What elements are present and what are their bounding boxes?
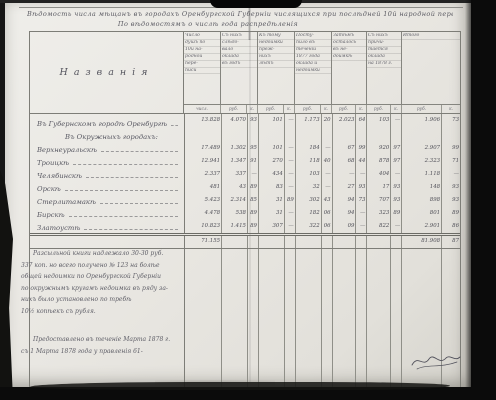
value-cell: 2.901 [402, 220, 442, 233]
value-cell [185, 129, 222, 142]
value-cell: 1.302 [222, 142, 248, 155]
row-label-cell: Въ Окружныхъ городахъ: [30, 129, 185, 142]
value-cell: 307 [259, 220, 285, 233]
total-value-cell [248, 236, 259, 248]
value-cell: 99 [356, 142, 367, 155]
value-cell: 93 [442, 194, 460, 207]
value-cell: 97 [391, 155, 402, 168]
note-line: по окружнымъ кругамъ недоимка въ ряду за… [21, 283, 175, 295]
column-header-line: пило въ [295, 40, 331, 47]
empty-cell [333, 249, 357, 388]
value-cell: 2.023 [333, 114, 357, 129]
column-header-line: въ годъ [221, 61, 257, 68]
row-label: Верхнеуральскѣ [37, 146, 97, 154]
empty-cell [322, 249, 333, 388]
column-header-line: Затѣмъ [332, 33, 366, 40]
value-cell: 93 [391, 194, 402, 207]
column-header-line: лѣтъ [258, 61, 294, 68]
note-line: Разсыльной книги надлежало 30-30 руб. [21, 248, 175, 260]
column-header: Затѣмъосталосьвъ не-доимкѣ [332, 32, 367, 104]
value-cell [333, 129, 357, 142]
column-header-line: доимкѣ [332, 54, 366, 61]
total-value-cell: 81.908 [402, 236, 442, 248]
table-row: Бирскѣ4.4785388931—1820694—3238980189 [30, 207, 460, 220]
value-cell: — [322, 168, 333, 181]
column-header: Съ нихъпричи-таетсяокладана 1878 г. [367, 32, 402, 104]
value-cell: 2.907 [402, 142, 442, 155]
empty-cell [296, 249, 322, 388]
value-cell: 1.118 [402, 168, 442, 181]
value-cell: 4.070 [222, 114, 248, 129]
column-header-line: преж- [258, 47, 294, 54]
value-cell [259, 129, 285, 142]
value-cell: — [285, 142, 296, 155]
footer-note-line: съ 1 Марта 1878 года у правленія 61- [21, 346, 175, 358]
column-header-line: оклада и [295, 61, 331, 68]
unit-label: к. [321, 105, 332, 113]
names-header-label: Названія [60, 67, 154, 78]
value-cell: 101 [259, 142, 285, 155]
value-cell: 06 [322, 220, 333, 233]
unit-label: к. [391, 105, 402, 113]
column-header: Числодушъ по10й на-роднойпере-писи [184, 32, 221, 104]
value-cell: 434 [259, 168, 285, 181]
total-value-cell [391, 236, 402, 248]
table-row: Златоустѣ10.8231.41589307—3220609—822—2.… [30, 220, 460, 233]
value-cell: 17.489 [185, 142, 222, 155]
row-label-cell: Въ Губернскомъ городѣ Оренбургѣ [30, 114, 185, 129]
unit-label: руб. [367, 105, 391, 113]
value-cell: — [391, 168, 402, 181]
row-label-cell: Орскѣ [30, 181, 185, 194]
names-column-header: Названія [30, 32, 184, 113]
row-label: Стерлитамакѣ [37, 198, 96, 206]
column-header-line: Число [184, 33, 220, 40]
column-header-line: писи [184, 68, 220, 75]
row-label-cell: Троицкѣ [30, 155, 185, 168]
value-cell: 68 [333, 155, 357, 168]
unit-label: руб. [402, 105, 442, 113]
note-line: 10½ копѣекъ съ рубля. [21, 306, 175, 318]
footer-note-line: Предоставлено въ теченіе Марта 1878 г. [21, 334, 175, 346]
value-cell: 20 [322, 114, 333, 129]
column-header: Къ томунедоимкипреж-нихълѣтъ [258, 32, 295, 104]
empty-cell [391, 249, 402, 388]
scan-edge-right [471, 0, 496, 400]
value-cell: 182 [296, 207, 322, 220]
value-cell: 2.323 [402, 155, 442, 168]
value-cell: — [285, 181, 296, 194]
value-cell: 95 [248, 142, 259, 155]
value-cell [222, 129, 248, 142]
table-row: Челябинскѣ2.337337—434—103———404—1.118— [30, 168, 460, 181]
value-cell: 94 [333, 194, 357, 207]
binding-notch [210, 0, 302, 8]
value-cell: 89 [248, 220, 259, 233]
value-cell [356, 129, 367, 142]
total-value-cell: 71.155 [185, 236, 222, 248]
value-cell: 302 [296, 194, 322, 207]
value-cell: 67 [333, 142, 357, 155]
value-cell [285, 129, 296, 142]
value-cell [322, 129, 333, 142]
value-cell: 93 [442, 181, 460, 194]
value-cell: 1.415 [222, 220, 248, 233]
value-cell: 40 [322, 155, 333, 168]
column-header-line: 10й на- [184, 47, 220, 54]
value-cell: 97 [391, 142, 402, 155]
value-cell: 27 [333, 181, 357, 194]
unit-label: к. [284, 105, 295, 113]
value-cell: — [356, 220, 367, 233]
value-cell: — [285, 207, 296, 220]
dash-leader [101, 151, 178, 152]
unit-label: руб. [258, 105, 284, 113]
value-cell: 822 [367, 220, 391, 233]
value-cell: 538 [222, 207, 248, 220]
document-page: Вѣдомость числа мѣщанъ въ городахъ Оренб… [5, 2, 471, 388]
dash-leader [73, 164, 178, 165]
handwritten-note: Разсыльной книги надлежало 30-30 руб.337… [21, 248, 175, 317]
total-value-cell [356, 236, 367, 248]
dash-leader [65, 190, 178, 191]
unit-label: к. [356, 105, 367, 113]
column-header: Итого [402, 32, 460, 104]
scanned-document: Вѣдомость числа мѣщанъ въ городахъ Оренб… [0, 0, 496, 400]
signature-scribble [409, 350, 463, 374]
unit-label: числ. [184, 105, 221, 113]
value-cell: 481 [185, 181, 222, 194]
column-header-line: Посту- [295, 33, 331, 40]
dash-leader [100, 203, 178, 204]
column-header-line: оклада [221, 54, 257, 61]
value-cell: 89 [442, 207, 460, 220]
table-row: Верхнеуральскѣ17.4891.30295101—184—67999… [30, 142, 460, 155]
row-label-cell: Златоустѣ [30, 220, 185, 233]
column-header-line: на 1878 г. [367, 61, 401, 68]
unit-label: к. [442, 105, 460, 113]
value-cell: — [391, 220, 402, 233]
column-header-line: Итого [402, 33, 460, 40]
column-header-line: слѣдо- [221, 40, 257, 47]
value-cell: — [391, 114, 402, 129]
value-cell: 31 [259, 207, 285, 220]
value-cell: 920 [367, 142, 391, 155]
value-cell: 73 [442, 114, 460, 129]
column-header-line: родной [184, 54, 220, 61]
value-cell [248, 129, 259, 142]
value-cell: 707 [367, 194, 391, 207]
value-cell: 1.906 [402, 114, 442, 129]
column-group-row: Числодушъ по10й на-роднойпере-писиСъ них… [184, 32, 460, 104]
total-value-cell [296, 236, 322, 248]
empty-cell [248, 249, 259, 388]
note-line: 337 коп. но всего получено № 123 на болѣ… [21, 260, 175, 272]
total-value-cell [333, 236, 357, 248]
column-header-line: нихъ [258, 54, 294, 61]
total-value-cell [222, 236, 248, 248]
column-header-line: осталось [332, 40, 366, 47]
value-cell: 2.314 [222, 194, 248, 207]
document-title: Вѣдомость числа мѣщанъ въ городахъ Оренб… [27, 10, 453, 18]
row-label-cell: Стерлитамакѣ [30, 194, 185, 207]
value-cell: 103 [367, 114, 391, 129]
row-label: Златоустѣ [37, 224, 80, 232]
value-cell: 85 [248, 194, 259, 207]
unit-label: руб. [332, 105, 356, 113]
value-cell: 878 [367, 155, 391, 168]
column-header-line: тается [367, 47, 401, 54]
value-cell: — [356, 168, 367, 181]
value-cell [391, 129, 402, 142]
empty-cell [367, 249, 391, 388]
value-cell [402, 129, 442, 142]
total-value-cell [259, 236, 285, 248]
table-row: Троицкѣ12.9411.34791270—118406844878972.… [30, 155, 460, 168]
row-label-cell: Верхнеуральскѣ [30, 142, 185, 155]
table-header: Названія Числодушъ по10й на-роднойпере-п… [30, 32, 460, 114]
value-cell: 148 [402, 181, 442, 194]
value-cell: 118 [296, 155, 322, 168]
empty-cell [356, 249, 367, 388]
value-cell: 270 [259, 155, 285, 168]
value-cell: 103 [296, 168, 322, 181]
unit-label: к. [247, 105, 258, 113]
dash-leader [86, 177, 178, 178]
column-header-line: теченіи [295, 47, 331, 54]
value-cell: 1.173 [296, 114, 322, 129]
value-cell: 43 [222, 181, 248, 194]
row-label-cell: Челябинскѣ [30, 168, 185, 181]
column-header-line: 1877 года [295, 54, 331, 61]
handwritten-footer-note: Предоставлено въ теченіе Марта 1878 г.съ… [21, 334, 175, 357]
document-subtitle: По вѣдомостямъ о числѣ года распредѣлені… [65, 20, 351, 28]
row-label: Троицкѣ [37, 159, 69, 167]
value-cell: 323 [367, 207, 391, 220]
value-cell: 101 [259, 114, 285, 129]
value-cell: 89 [285, 194, 296, 207]
value-cell: 337 [222, 168, 248, 181]
table-row: Въ Губернскомъ городѣ Оренбургѣ13.8284.0… [30, 114, 460, 129]
value-cell: 43 [322, 194, 333, 207]
value-cell: — [285, 168, 296, 181]
note-line: нихъ было установлено по требѣ [21, 294, 175, 306]
row-label: Челябинскѣ [37, 172, 82, 180]
row-label: Орскѣ [37, 185, 61, 193]
value-cell: 31 [259, 194, 285, 207]
value-cell: — [322, 181, 333, 194]
value-cell: 93 [248, 114, 259, 129]
units-row: числ.руб.к.руб.к.руб.к.руб.к.руб.к.руб.к… [184, 104, 460, 113]
value-cell: 86 [442, 220, 460, 233]
column-header-line: пере- [184, 61, 220, 68]
unit-label: руб. [295, 105, 321, 113]
value-cell: — [333, 168, 357, 181]
table-row: Въ Окружныхъ городахъ: [30, 129, 460, 142]
value-cell: — [442, 168, 460, 181]
column-header: Съ нихъслѣдо-валоокладавъ годъ [221, 32, 258, 104]
row-label: Въ Окружныхъ городахъ: [65, 133, 158, 141]
dash-leader [69, 216, 179, 217]
value-cell: 1.347 [222, 155, 248, 168]
empty-cell [259, 249, 285, 388]
totals-label-cell [30, 236, 185, 248]
empty-cell [185, 249, 222, 388]
column-header-line: въ не- [332, 47, 366, 54]
value-cell: — [356, 207, 367, 220]
column-header-line: Съ нихъ [221, 33, 257, 40]
row-label: Бирскѣ [37, 211, 65, 219]
column-header-line: душъ по [184, 40, 220, 47]
value-cell: 184 [296, 142, 322, 155]
dash-leader [84, 229, 178, 230]
column-header-line: Къ тому [258, 33, 294, 40]
value-cell: 322 [296, 220, 322, 233]
column-header-line: недоимки [295, 68, 331, 75]
value-cell: 71 [442, 155, 460, 168]
value-cell: 17 [367, 181, 391, 194]
empty-cell [222, 249, 248, 388]
total-value-cell [322, 236, 333, 248]
value-cell: 83 [259, 181, 285, 194]
value-cell: 32 [296, 181, 322, 194]
totals-row: 71.15581.90887 [30, 233, 460, 249]
row-label-cell: Бирскѣ [30, 207, 185, 220]
value-cell: 93 [391, 181, 402, 194]
value-cell: 5.423 [185, 194, 222, 207]
column-header-line: Съ нихъ [367, 33, 401, 40]
empty-cell [285, 249, 296, 388]
value-cell: 99 [442, 142, 460, 155]
value-cell: — [285, 220, 296, 233]
table-row: Орскѣ481438983—32—2793179314893 [30, 181, 460, 194]
value-cell: 13.828 [185, 114, 222, 129]
total-value-cell [367, 236, 391, 248]
value-cell: 44 [356, 155, 367, 168]
value-cell: 93 [356, 181, 367, 194]
row-label: Въ Губернскомъ городѣ Оренбургѣ [37, 120, 167, 128]
value-cell: 73 [356, 194, 367, 207]
numeric-column-headers: Числодушъ по10й на-роднойпере-писиСъ них… [184, 32, 460, 113]
value-cell: 12.941 [185, 155, 222, 168]
table-body: Въ Губернскомъ городѣ Оренбургѣ13.8284.0… [30, 114, 460, 233]
value-cell: 801 [402, 207, 442, 220]
column-header: Посту-пило вътеченіи1877 годаоклада инед… [295, 32, 332, 104]
value-cell [296, 129, 322, 142]
column-header-line: недоимки [258, 40, 294, 47]
column-header-line: вало [221, 47, 257, 54]
value-cell [442, 129, 460, 142]
dash-leader [171, 125, 178, 126]
column-header-line: причи- [367, 40, 401, 47]
value-cell: 10.823 [185, 220, 222, 233]
value-cell: 89 [248, 181, 259, 194]
value-cell: 2.337 [185, 168, 222, 181]
scan-edge-bottom [0, 387, 496, 400]
value-cell: 898 [402, 194, 442, 207]
value-cell: 404 [367, 168, 391, 181]
value-cell: 64 [356, 114, 367, 129]
value-cell: — [248, 168, 259, 181]
value-cell: — [285, 114, 296, 129]
value-cell: 09 [333, 220, 357, 233]
unit-label: руб. [221, 105, 247, 113]
table-row: Стерлитамакѣ5.4232.314853189302439473707… [30, 194, 460, 207]
value-cell: 06 [322, 207, 333, 220]
value-cell: 4.478 [185, 207, 222, 220]
total-value-cell [285, 236, 296, 248]
value-cell: 94 [333, 207, 357, 220]
total-value-cell: 87 [442, 236, 460, 248]
value-cell: 89 [391, 207, 402, 220]
value-cell: — [285, 155, 296, 168]
value-cell: 89 [248, 207, 259, 220]
column-header-line: оклада [367, 54, 401, 61]
value-cell: — [322, 142, 333, 155]
note-line: общей недоимки по Оренбургской Губерніи [21, 271, 175, 283]
value-cell: 91 [248, 155, 259, 168]
value-cell [367, 129, 391, 142]
